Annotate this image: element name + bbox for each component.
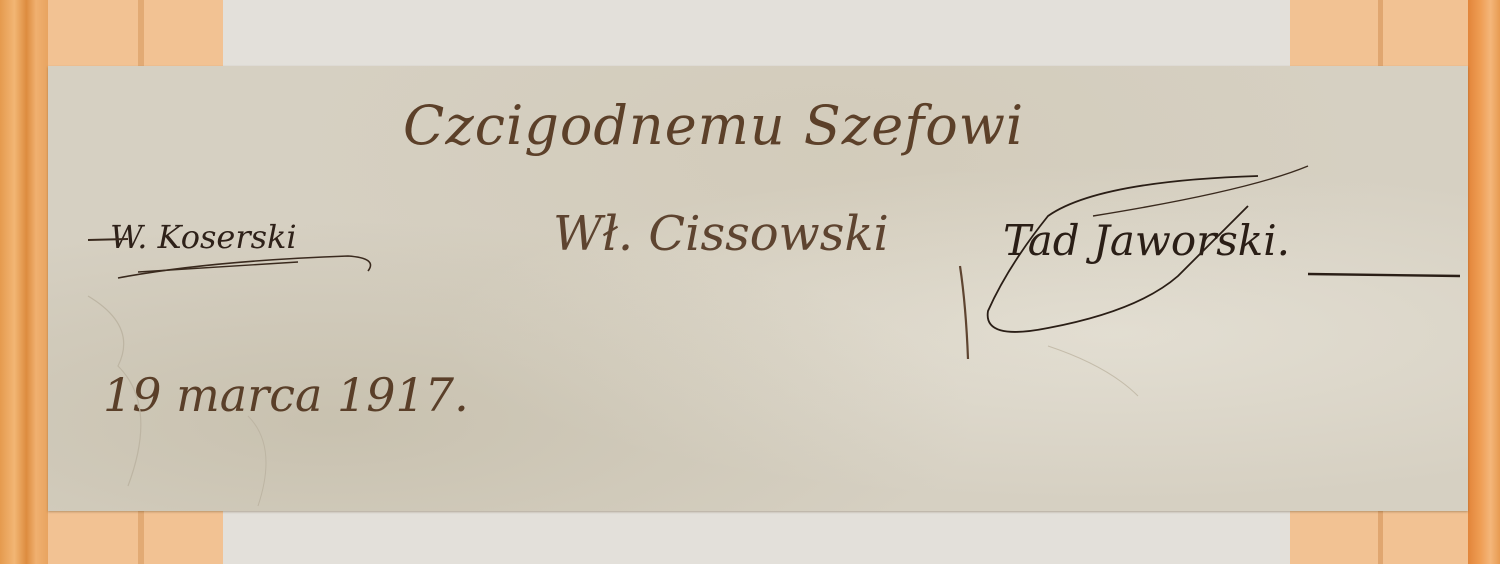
wood-frame-right bbox=[1468, 0, 1500, 564]
wood-frame-left bbox=[0, 0, 48, 564]
handwritten-note: Czcigodnemu Szefowi W. Koserski Wł. Ciss… bbox=[48, 66, 1468, 511]
signature-flourish-icon bbox=[48, 66, 1468, 511]
